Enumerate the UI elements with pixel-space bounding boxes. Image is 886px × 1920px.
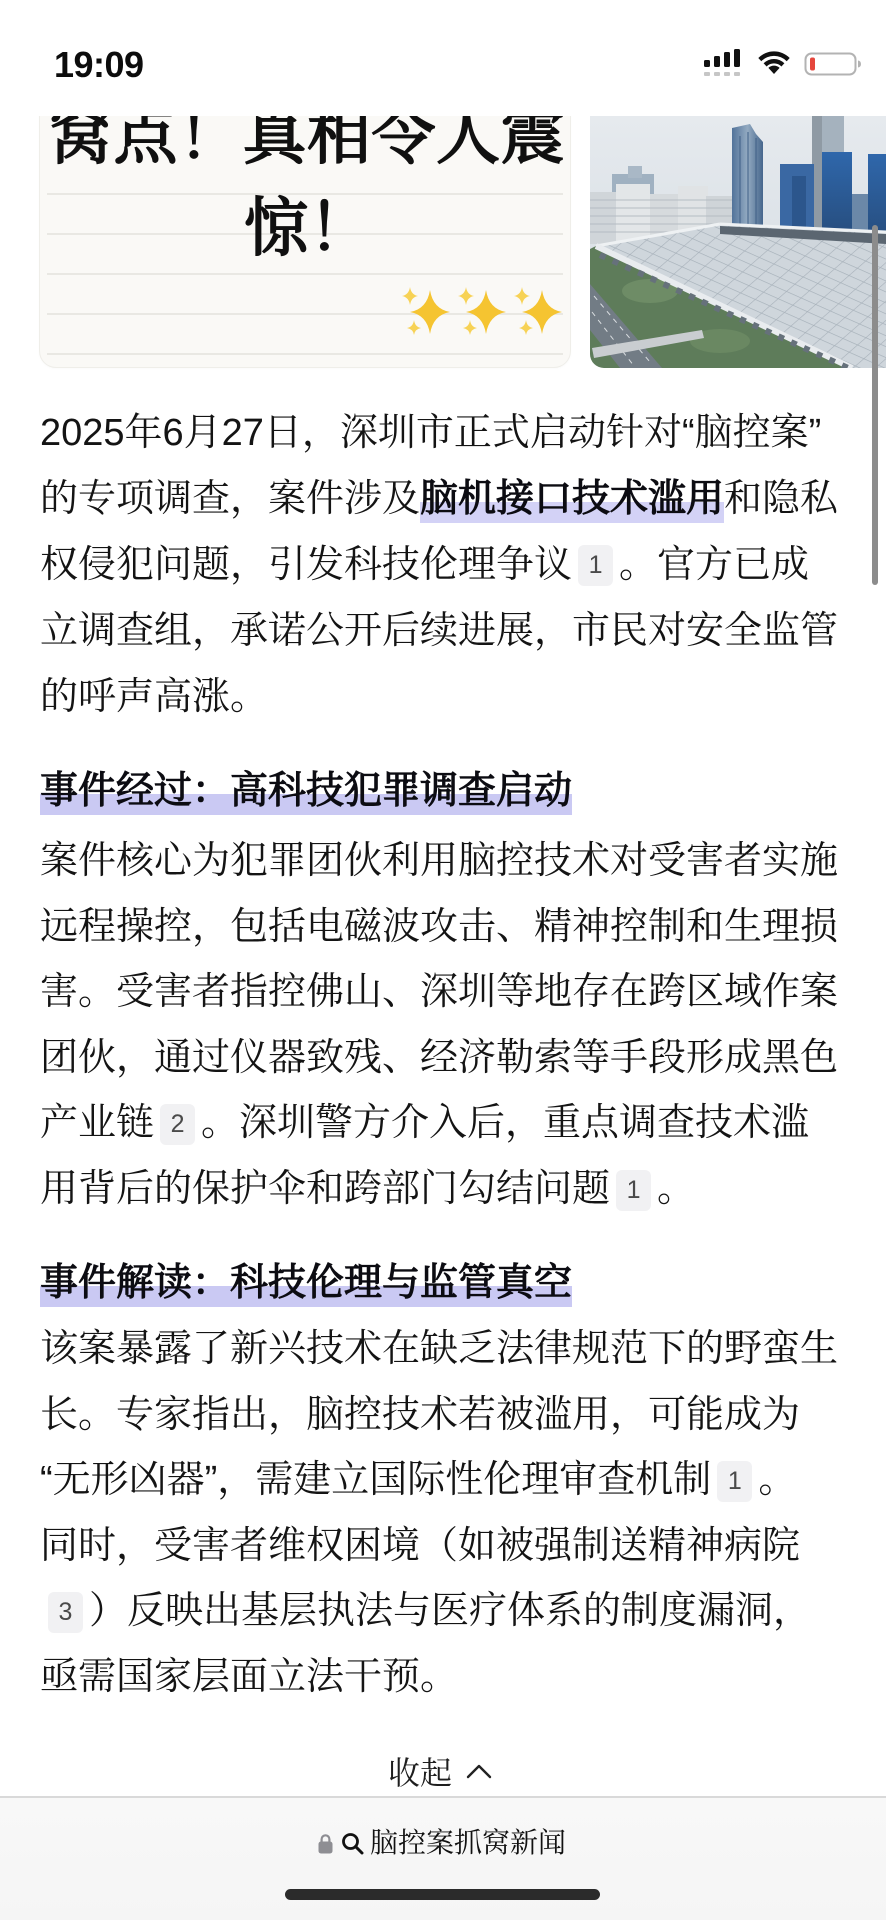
city-skyline-photo[interactable] <box>590 116 886 368</box>
text-run: 。 <box>758 1459 796 1501</box>
text-line: 亟需国家层面立法干预。 <box>40 1645 870 1711</box>
text-run: 同时，受害者维权困境（如被强制送精神病院 <box>40 1525 800 1567</box>
text-run: 该案暴露了新兴技术在缺乏法律规范下的野蛮生 <box>40 1328 838 1370</box>
event-details-paragraph: 案件核心为犯罪团伙利用脑控技术对受害者实施 远程操控，包括电磁波攻击、精神控制和… <box>40 829 870 1223</box>
text-run: 的呼声高涨。 <box>40 676 268 718</box>
text-run: 害。受害者指控佛山、深圳等地存在跨区域作案 <box>40 971 838 1013</box>
citation-badge[interactable]: 1 <box>578 545 613 586</box>
event-analysis-paragraph: 该案暴露了新兴技术在缺乏法律规范下的野蛮生 长。专家指出，脑控技术若被滥用，可能… <box>40 1317 870 1710</box>
ruled-line <box>47 353 563 355</box>
text-run: 和隐私 <box>724 478 838 520</box>
home-indicator[interactable] <box>285 1889 600 1900</box>
text-line: 害。受害者指控佛山、深圳等地存在跨区域作案 <box>40 960 870 1026</box>
text-line: 用背后的保护伞和跨部门勾结问题1。 <box>40 1157 870 1223</box>
text-run: 。官方已成 <box>619 544 809 586</box>
text-run: 。 <box>657 1168 695 1210</box>
section-heading: 事件解读：科技伦理与监管真空 <box>40 1250 572 1316</box>
text-run: “无形凶器”，需建立国际性伦理审查机制 <box>40 1459 711 1501</box>
status-bar: 19:09 <box>0 0 886 116</box>
text-line: 权侵犯问题，引发科技伦理争议1。官方已成 <box>40 532 870 598</box>
battery-low-icon <box>804 52 862 76</box>
text-run: 亟需国家层面立法干预。 <box>40 1656 458 1698</box>
text-run: 。深圳警方介入后，重点调查技术滥 <box>201 1102 809 1144</box>
text-line: “无形凶器”，需建立国际性伦理审查机制1。 <box>40 1448 870 1514</box>
text-run: 用背后的保护伞和跨部门勾结问题 <box>40 1168 610 1210</box>
section-heading-text: 事件解读：科技伦理与监管真空 <box>40 1250 572 1316</box>
text-run: 产业链 <box>40 1102 154 1144</box>
chevron-up-icon[interactable] <box>466 1763 492 1779</box>
text-line: 同时，受害者维权困境（如被强制送精神病院 <box>40 1514 870 1580</box>
text-line: 该案暴露了新兴技术在缺乏法律规范下的野蛮生 <box>40 1317 870 1383</box>
text-run: 权侵犯问题，引发科技伦理争议 <box>40 544 572 586</box>
search-icon <box>341 1832 364 1855</box>
text-line: 2025年6月27日，深圳市正式启动针对“脑控案” <box>40 400 870 466</box>
lock-icon <box>318 1833 333 1854</box>
ruled-line <box>47 273 563 275</box>
text-run: 远程操控，包括电磁波攻击、精神控制和生理损 <box>40 906 838 948</box>
text-line: 3）反映出基层执法与医疗体系的制度漏洞， <box>40 1579 870 1645</box>
text-run: 2025年6月27日，深圳市正式启动针对“脑控案” <box>40 412 821 454</box>
citation-badge[interactable]: 3 <box>48 1592 83 1633</box>
text-line: 的专项调查，案件涉及脑机接口技术滥用和隐私 <box>40 466 870 532</box>
cellular-signal-icon <box>703 48 743 78</box>
citation-badge[interactable]: 1 <box>717 1461 752 1502</box>
hero-card-title-line-2: 惊！ <box>244 195 373 261</box>
wifi-icon <box>755 51 793 75</box>
text-line: 远程操控，包括电磁波攻击、精神控制和生理损 <box>40 895 870 961</box>
text-run: 案件核心为犯罪团伙利用脑控技术对受害者实施 <box>40 840 838 882</box>
text-line: 案件核心为犯罪团伙利用脑控技术对受害者实施 <box>40 829 870 895</box>
status-time: 19:09 <box>54 45 144 85</box>
text-run: 团伙，通过仪器致残、经济勒索等手段形成黑色 <box>40 1037 838 1079</box>
text-run: 立调查组，承诺公开后续进展，市民对安全监管 <box>40 610 838 652</box>
section-heading-text: 事件经过：高科技犯罪调查启动 <box>40 758 572 824</box>
text-line: 的呼声高涨。 <box>40 664 870 730</box>
highlighted-keyword: 脑机接口技术滥用 <box>420 466 724 532</box>
city-skyline-illustration <box>590 116 886 368</box>
citation-badge[interactable]: 1 <box>616 1170 651 1211</box>
browser-screen: 19:09 窝点！真相令人震 惊！ <box>0 0 886 1920</box>
sparkles-icon <box>400 284 566 336</box>
text-line: 产业链2。深圳警方介入后，重点调查技术滥 <box>40 1091 870 1157</box>
text-run: 长。专家指出，脑控技术若被滥用，可能成为 <box>40 1394 800 1436</box>
address-bar-query[interactable]: 脑控案抓窝新闻 <box>370 1823 566 1863</box>
text-run: ）反映出基层执法与医疗体系的制度漏洞， <box>89 1590 811 1632</box>
text-run: 的专项调查，案件涉及 <box>40 478 420 520</box>
section-heading: 事件经过：高科技犯罪调查启动 <box>40 758 572 824</box>
collapse-button[interactable]: 收起 <box>388 1751 452 1795</box>
vertical-scrollbar[interactable] <box>872 225 878 585</box>
citation-badge[interactable]: 2 <box>160 1104 195 1145</box>
intro-paragraph: 2025年6月27日，深圳市正式启动针对“脑控案” 的专项调查，案件涉及脑机接口… <box>40 400 870 730</box>
text-line: 立调查组，承诺公开后续进展，市民对安全监管 <box>40 598 870 664</box>
text-line: 团伙，通过仪器致残、经济勒索等手段形成黑色 <box>40 1026 870 1092</box>
text-line: 长。专家指出，脑控技术若被滥用，可能成为 <box>40 1383 870 1449</box>
